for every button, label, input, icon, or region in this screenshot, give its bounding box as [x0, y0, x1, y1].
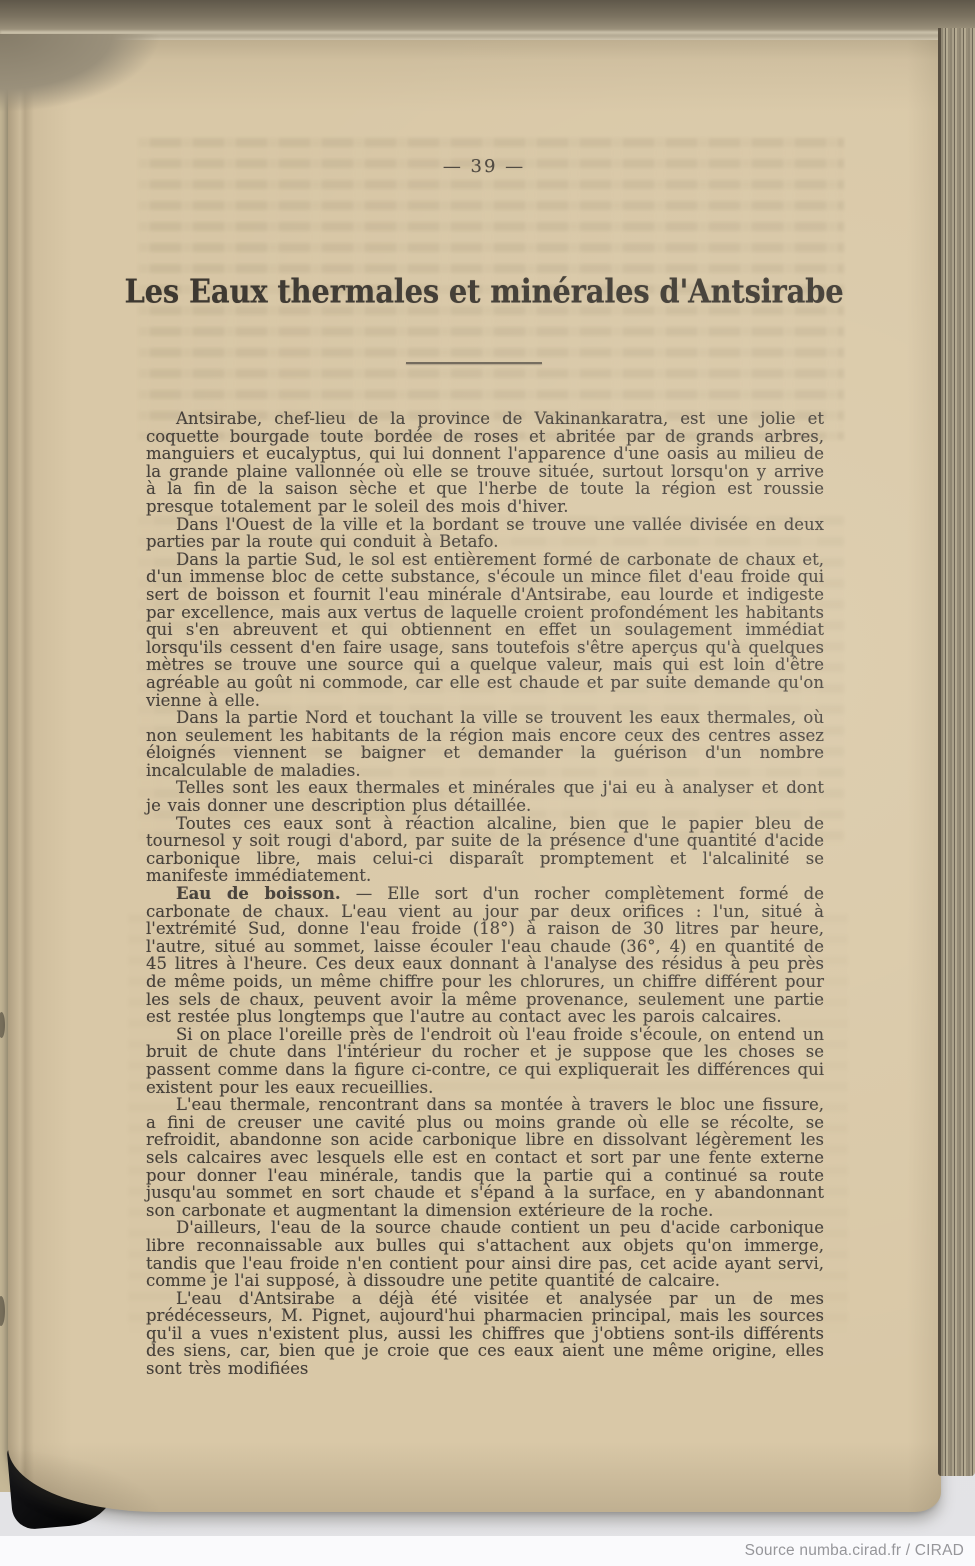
article-title: Les Eaux thermales et minérales d'Antsir… [100, 272, 868, 311]
book-top-page-edges-curve [0, 34, 160, 112]
paragraph: Telles sont les eaux thermales et minéra… [146, 779, 824, 814]
paragraph: Dans l'Ouest de la ville et la bordant s… [146, 516, 824, 551]
paragraph: Dans la partie Nord et touchant la ville… [146, 709, 824, 779]
paragraph: Eau de boisson. — Elle sort d'un rocher … [146, 885, 824, 1026]
source-attribution: Source numba.cirad.fr / CIRAD [745, 1542, 964, 1560]
paragraph: Antsirabe, chef-lieu de la province de V… [146, 410, 824, 516]
article-body: Antsirabe, chef-lieu de la province de V… [146, 410, 824, 1378]
book-right-page-edges [938, 28, 975, 1476]
paragraph: Toutes ces eaux sont à réaction alcaline… [146, 815, 824, 885]
paragraph: D'ailleurs, l'eau de la source chaude co… [146, 1219, 824, 1289]
paragraph: L'eau d'Antsirabe a déjà été visitée et … [146, 1290, 824, 1378]
paragraph: Dans la partie Sud, le sol est entièreme… [146, 551, 824, 709]
paragraph-bold-lead: Eau de boisson. [176, 884, 341, 903]
paragraph: L'eau thermale, rencontrant dans sa mont… [146, 1096, 824, 1219]
source-footer: Source numba.cirad.fr / CIRAD [0, 1536, 975, 1566]
paragraph: Si on place l'oreille près de l'endroit … [146, 1026, 824, 1096]
book-scan: — 39 — Les Eaux thermales et minérales d… [0, 0, 975, 1566]
book-page: — 39 — Les Eaux thermales et minérales d… [8, 34, 941, 1512]
page-number: — 39 — [146, 156, 822, 177]
title-divider [406, 362, 542, 364]
